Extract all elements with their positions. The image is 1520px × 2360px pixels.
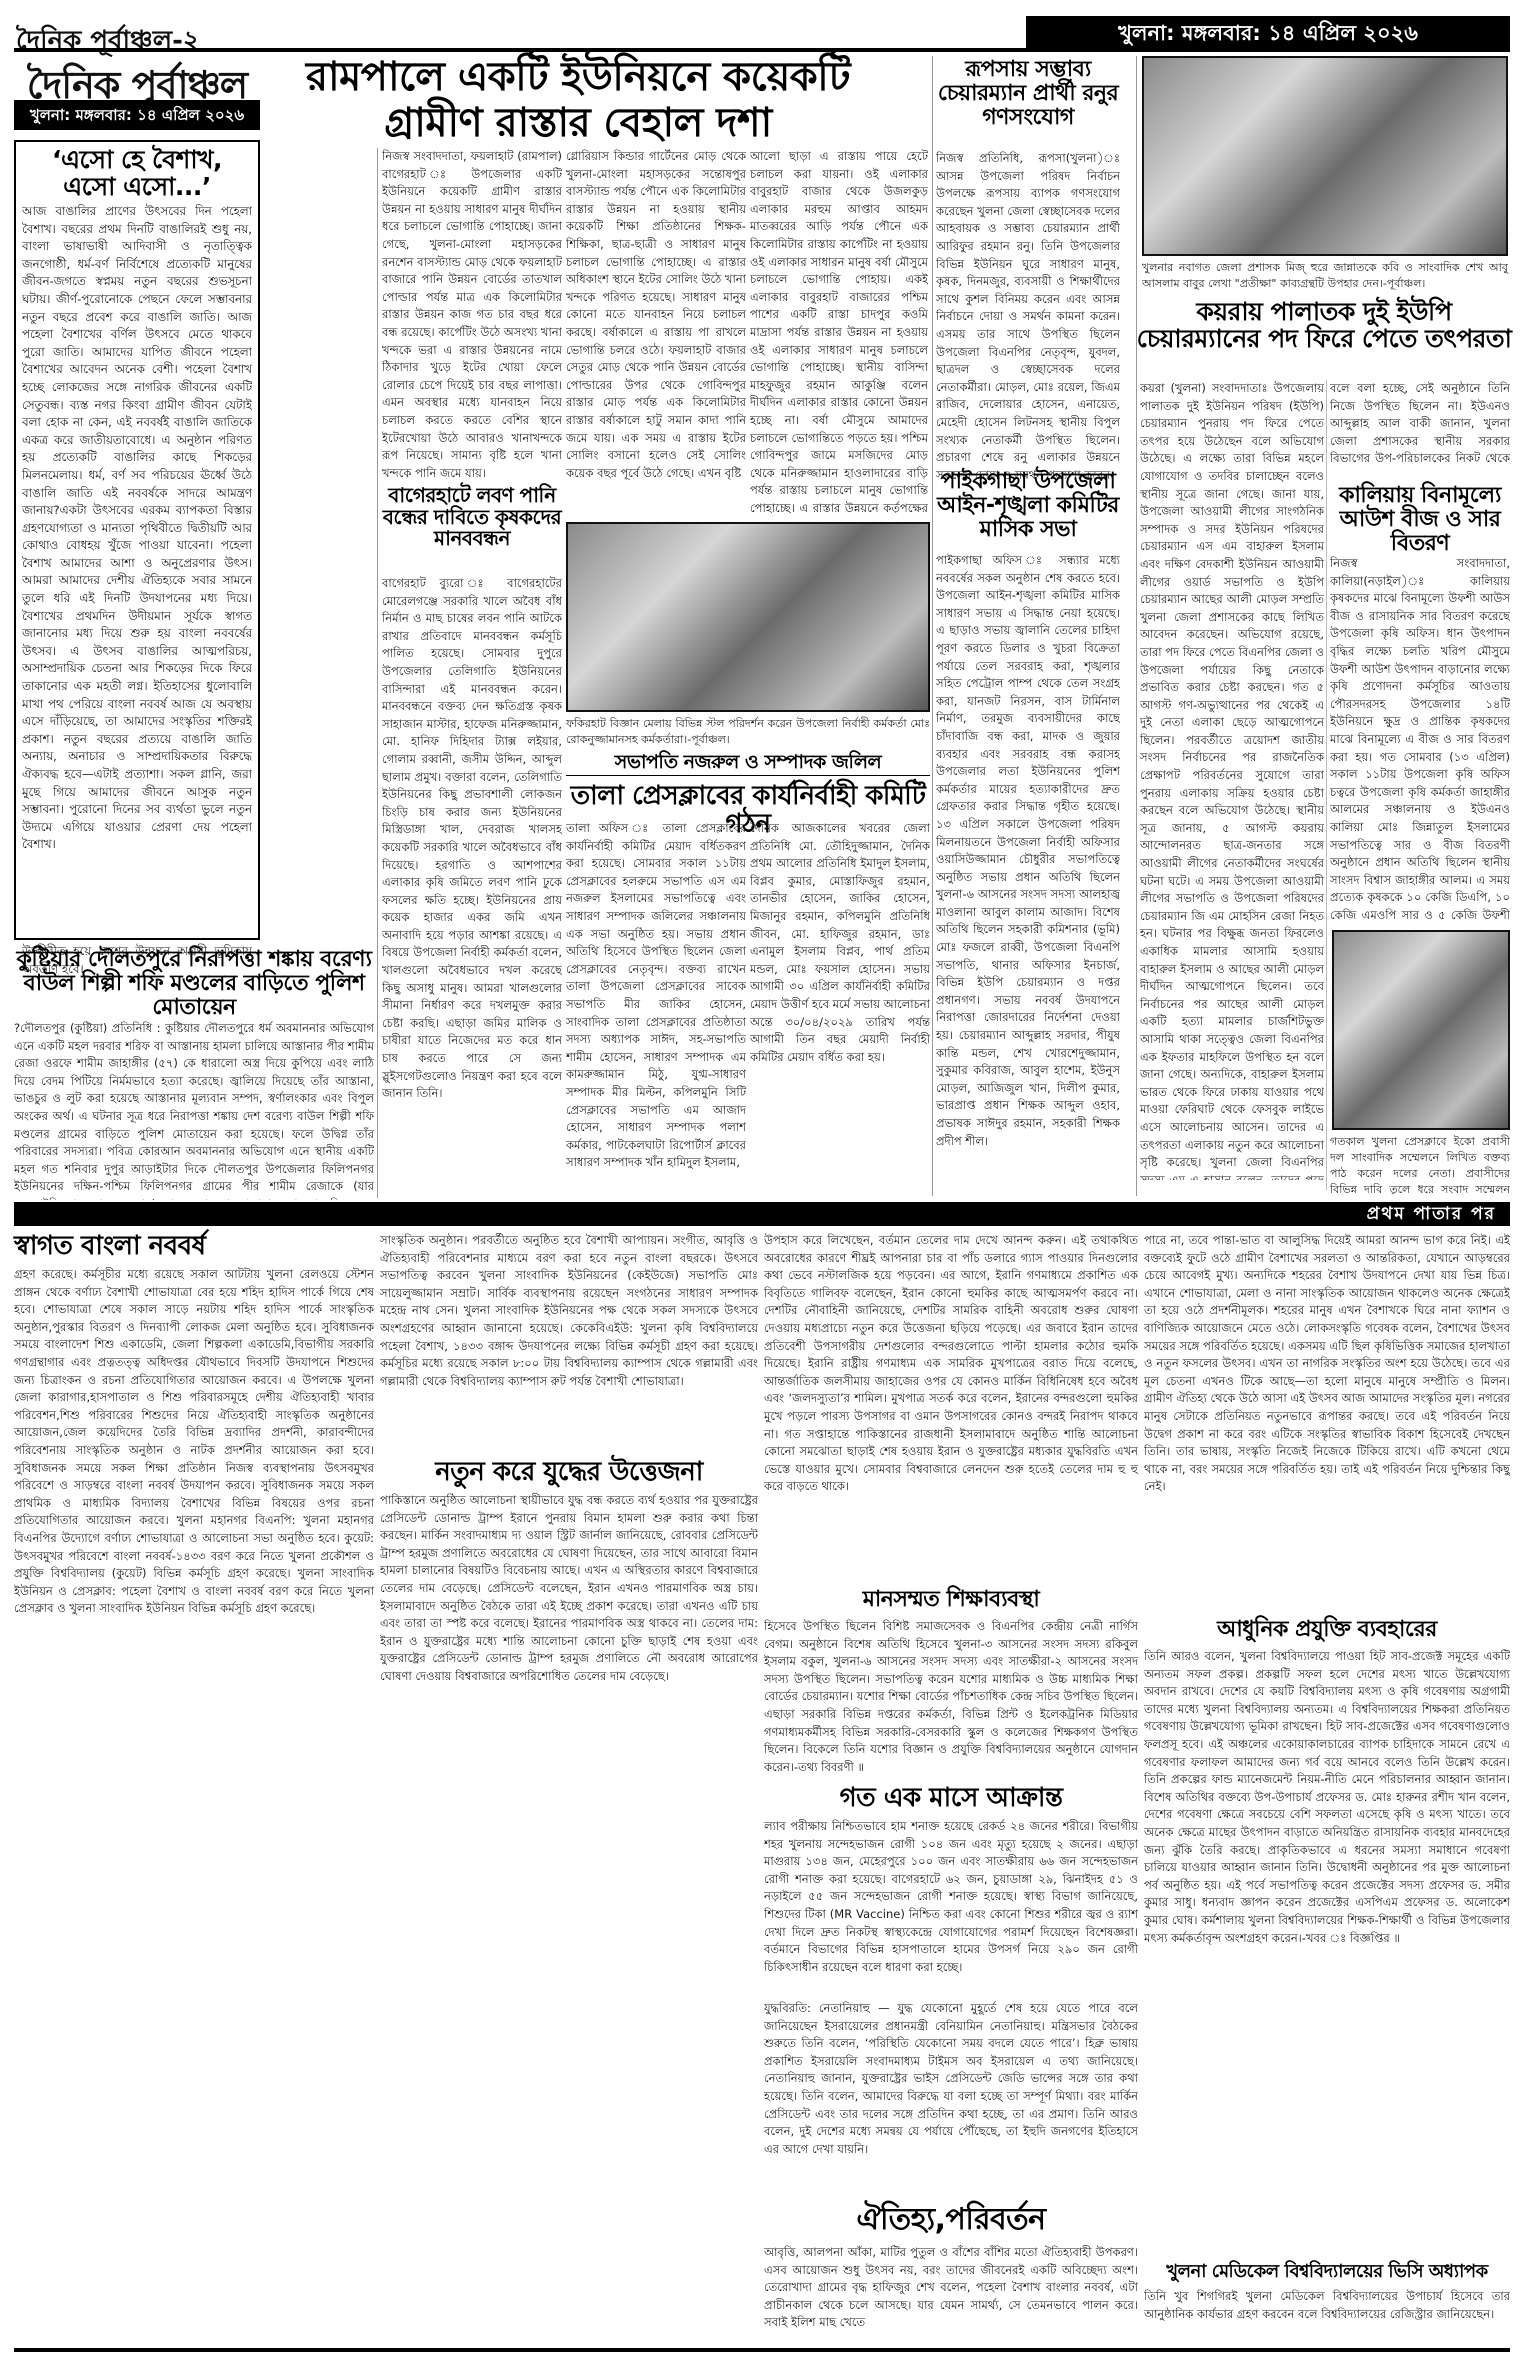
paikgacha-headline: পাইকগাছা উপজেলা আইন-শৃঙ্খলা কমিটির মাসিক… (936, 470, 1120, 541)
tala-col-2: দৈনিক আজকালের খবরের জেলা প্রতিনিধি মো. ত… (750, 820, 930, 1190)
koyra-col-1: কয়রা (খুলনা) সংবাদদাতাঃ উপজেলায় পালাতক… (1140, 380, 1324, 1180)
bagerhat-headline: বাগেরহাটে লবণ পানি বন্ধের দাবিতে কৃষকদের… (382, 485, 562, 550)
continuation-bar: প্রথম পাতার পর (14, 1202, 1510, 1226)
tala-col-1: তালা অফিস ঃ তালা প্রেসক্লাবের কার্যনির্ব… (566, 820, 746, 1190)
koyra-col-2: বলে বলা হচ্ছে, সেই অনুষ্ঠানে তিনি নিজে উ… (1330, 380, 1510, 468)
photo-science-fair (566, 522, 930, 712)
date-bar: খুলনা: মঙ্গলবার: ১৪ এপ্রিল ২০২৬ (14, 100, 260, 130)
kalia-body: নিজস্ব সংবাদদাতা, কালিয়া(নড়াইল)ঃ কালিয… (1330, 555, 1510, 925)
prujukti-body: তিনি আরও বলেন, খুলনা বিশ্ববিদ্যালয়ে পাও… (1144, 1648, 1510, 2258)
photo-dc-gift (1142, 56, 1508, 256)
war-headline: নতুন করে যুদ্ধের উত্তেজনা (380, 1458, 758, 1486)
editorial-title: ‘এসো হে বৈশাখ, এসো এসো...’ (22, 146, 252, 200)
photo-dc-gift-caption: খুলনার নবাগত জেলা প্রশাসক মিজ্ হুরে জান্… (1142, 260, 1508, 292)
rupsha-headline: রূপসায় সম্ভাব্য চেয়ারম্যান প্রার্থী রন… (936, 58, 1120, 129)
lead-col-1: নিজস্ব সংবাদদাতা, ফয়লাহাট (রামপাল) বাগে… (382, 148, 562, 513)
vc-headline: খুলনা মেডিকেল বিশ্ববিদ্যালয়ের ভিসি অধ্য… (1144, 2262, 1510, 2281)
kushtia-body: ?দৌলতপুর (কুষ্টিয়া) প্রতিনিধি : কুষ্টিয… (14, 1020, 374, 1200)
bottom-rule (14, 2348, 1510, 2352)
netanyahu-body: যুদ্ধবিরতি: নেতানিয়াহু — যুদ্ধ যেকোনো ম… (764, 2000, 1138, 2200)
photo-science-fair-caption: ফকিরহাট বিজ্ঞান মেলায় বিভিন্ন স্টল পরিদ… (566, 716, 930, 748)
oitijhya-body: আবৃত্তি, আলপনা আঁকা, মাটির পুতুল ও বাঁশে… (764, 2244, 1138, 2344)
swagoto-body: গ্রহণ করেছে। কর্মসূচীর মধ্যে রয়েছে সকাল… (14, 1266, 374, 2346)
lead-col-3: আলো ছাড়া এ রাস্তায় পায়ে হেটে চলাচল কর… (750, 148, 928, 513)
divider (377, 148, 378, 1198)
photo-press-speaker-caption: গতকাল খুলনা প্রেসক্লাবে ইকো প্রবাসী দল স… (1330, 1134, 1510, 1194)
kushtia-headline: কুষ্টিয়ার দৌলতপুরে নিরাপত্তা শঙ্কায় বর… (14, 948, 374, 1019)
date-top: খুলনা: মঙ্গলবার: ১৪ এপ্রিল ২০২৬ (1026, 16, 1510, 50)
editorial-body: আজ বাঙালির প্রাণের উৎসবের দিন পহেলা বৈশা… (22, 203, 252, 943)
divider (1326, 380, 1327, 1190)
photo-press-speaker (1332, 930, 1510, 1130)
lead-headline-1: রামপালে একটি ইউনিয়নে কয়েকটি (268, 56, 888, 99)
divider (1136, 56, 1137, 1196)
shiksha-title-visible: মানসম্মত শিক্ষাব্যবস্থা (764, 1588, 1138, 1612)
tala-kicker: সভাপতি নজরুল ও সম্পাদক জলিল (566, 752, 930, 776)
editorial-box: ‘এসো হে বৈশাখ, এসো এসো...’ আজ বাঙালির প্… (14, 140, 260, 940)
lead-headline-2: গ্রামীণ রাস্তার বেহাল দশা (268, 102, 888, 145)
war-col-2: উপহাস করে লিখেছেন, বর্তমান তেলের দাম দেখ… (764, 1232, 1138, 1584)
akranto-headline: গত এক মাসে আক্রান্ত (764, 1784, 1138, 1812)
culture-body: পারে না, তবে পান্তা-ভাত বা আলুসিদ্ধ দিয়… (1144, 1232, 1510, 1612)
vc-body: তিনি খুব শিগগিরই খুলনা মেডিকেল বিশ্ববিদ্… (1144, 2288, 1510, 2344)
continuation-label: প্রথম পাতার পর (1367, 1202, 1496, 1226)
swagoto-continued: সাংস্কৃতিক অনুষ্ঠান। পরবর্তীতে অনুষ্ঠিত … (380, 1232, 758, 1454)
bagerhat-body: বাগেরহাট ব্যুরো ঃ বাগেরহাটের মোরেলগঞ্জে … (382, 575, 562, 1190)
rupsha-body: নিজস্ব প্রতিনিধি, রূপসা(খুলনা)ঃ আসন্ন উপ… (936, 150, 1120, 515)
lead-col-2: গ্লোরিয়াস কিন্ডার গার্টেনের মোড় থেকে খ… (566, 148, 746, 513)
akranto-body: ল্যাব পরীক্ষায় নিশ্চিতভাবে হাম শনাক্ত হ… (764, 1818, 1138, 1998)
koyra-headline: কয়রায় পালাতক দুই ইউপি চেয়ারম্যানের পদ… (1134, 298, 1514, 352)
oitijhya-headline: ঐতিহ্য,পরিবর্তন (764, 2204, 1138, 2236)
paikgacha-body: পাইকগাছা অফিস ঃ সন্ধ্যার মধ্যে নববর্ষের … (936, 552, 1120, 1192)
swagoto-headline: স্বাগত বাংলা নববর্ষ (14, 1232, 254, 1260)
war-body: পাকিস্তানে অনুষ্ঠিত আলোচনা স্থায়ীভাবে য… (380, 1492, 758, 2346)
divider (932, 56, 933, 1196)
shiksha-body-visible: হিসেবে উপস্থিত ছিলেন বিশিষ্ট সমাজসেবক ও … (764, 1618, 1138, 1778)
kalia-headline: কালিয়ায় বিনামূল্যে আউশ বীজ ও সার বিতরণ (1330, 484, 1510, 555)
prujukti-headline: আধুনিক প্রযুক্তি ব্যবহারের (1144, 1618, 1510, 1642)
